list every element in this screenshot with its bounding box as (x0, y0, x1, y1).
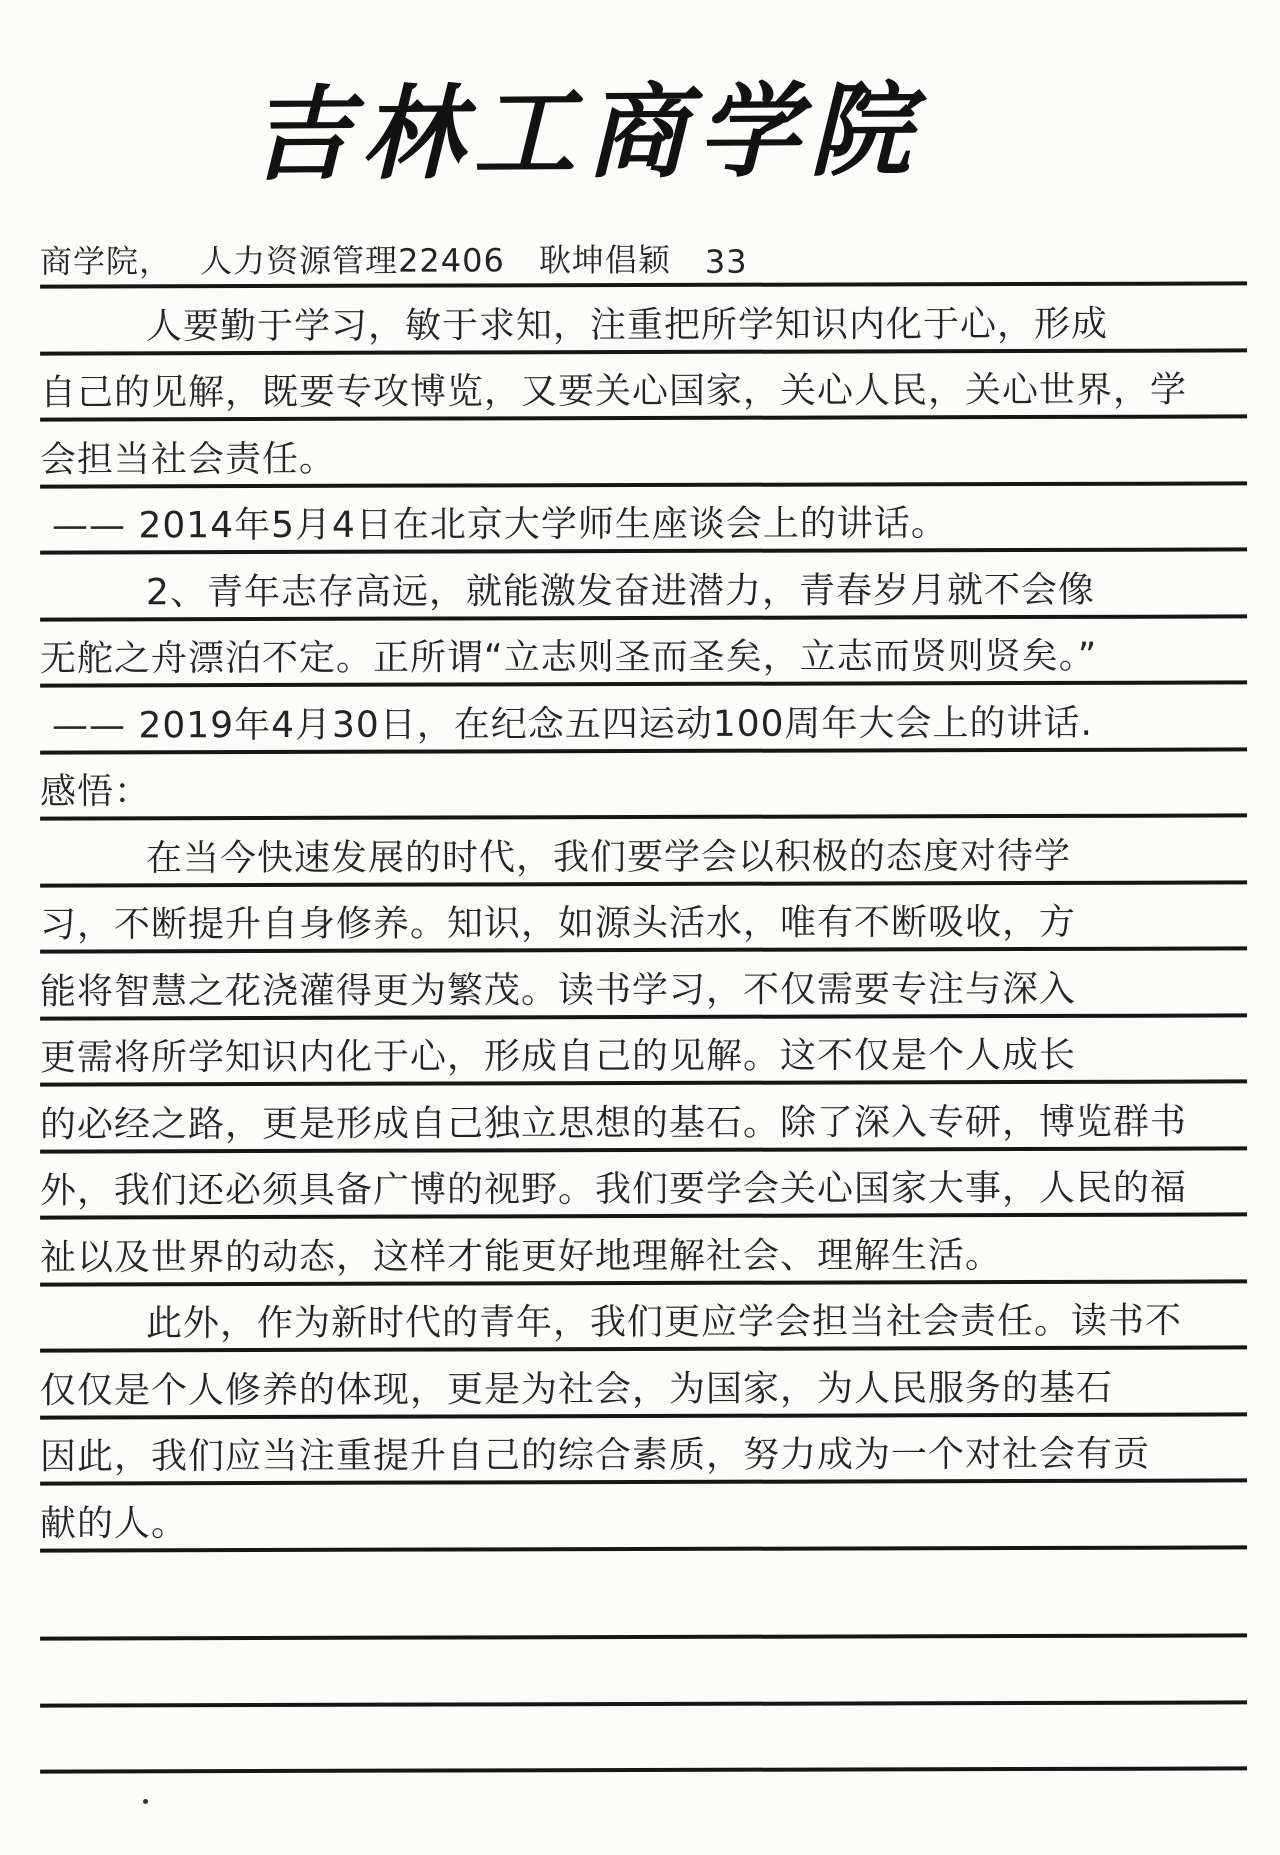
student-number: 33 (705, 242, 748, 280)
empty-ruled-line (40, 1703, 1247, 1773)
handwritten-line: 自己的见解，既要专攻博览，又要关心国家，关心人民，关心世界，学 (40, 351, 1247, 421)
notebook-page: 吉林工商学院 商学院， 人力资源管理22406 耿坤倡颖 33 人要勤于学习，敏… (0, 0, 1280, 1855)
handwritten-line: 因此，我们应当注重提升自己的综合素质，努力成为一个对社会有贡 (40, 1415, 1247, 1485)
handwritten-content: 商学院， 人力资源管理22406 耿坤倡颖 33 人要勤于学习，敏于求知，注重把… (40, 220, 1247, 1772)
handwritten-line: 的必经之路，更是形成自己独立思想的基石。除了深入专研，博览群书 (40, 1083, 1247, 1153)
handwritten-line: 习，不断提升自身修养。知识，如源头活水，唯有不断吸收，方 (40, 883, 1247, 953)
handwritten-line: —— 2014年5月4日在北京大学师生座谈会上的讲话。 (40, 484, 1247, 554)
handwritten-line: 会担当社会责任。 (40, 418, 1247, 488)
handwritten-line: 仅仅是个人修养的体现，更是为社会，为国家，为人民服务的基石 (40, 1349, 1247, 1419)
stray-ink-dot (143, 1799, 148, 1804)
college-name: 商学院， (40, 236, 172, 282)
handwritten-line: 献的人。 (40, 1482, 1247, 1552)
handwriting-lines: 人要勤于学习，敏于求知，注重把所学知识内化于心，形成自己的见解，既要专攻博览，又… (40, 287, 1247, 1551)
handwritten-line: 在当今快速发展的时代，我们要学会以积极的态度对待学 (40, 817, 1247, 887)
school-title-calligraphy: 吉林工商学院 (0, 0, 1226, 221)
handwritten-line: 更需将所学知识内化于心，形成自己的见解。这不仅是个人成长 (40, 1016, 1247, 1086)
handwritten-line: 能将智慧之花浇灌得更为繁茂。读书学习，不仅需要专注与深入 (40, 950, 1247, 1020)
handwritten-line: 人要勤于学习，敏于求知，注重把所学知识内化于心，形成 (40, 285, 1247, 355)
empty-ruled-lines (40, 1572, 1247, 1772)
empty-ruled-line (40, 1637, 1247, 1707)
handwritten-line: 感悟： (40, 750, 1247, 820)
major-class: 人力资源管理22406 (200, 235, 505, 282)
handwritten-line: 外，我们还必须具备广博的视野。我们要学会关心国家大事，人民的福 (40, 1149, 1247, 1219)
handwritten-line: 此外，作为新时代的青年，我们更应学会担当社会责任。读书不 (40, 1282, 1247, 1352)
empty-ruled-line (40, 1570, 1247, 1640)
student-info-line: 商学院， 人力资源管理22406 耿坤倡颖 33 (40, 218, 1247, 288)
student-name: 耿坤倡颖 (539, 234, 671, 280)
handwritten-line: —— 2019年4月30日，在纪念五四运动100周年大会上的讲话. (40, 684, 1247, 754)
handwritten-line: 2、青年志存高远，就能激发奋进潜力，青春岁月就不会像 (40, 551, 1247, 621)
handwritten-line: 祉以及世界的动态，这样才能更好地理解社会、理解生活。 (40, 1216, 1247, 1286)
handwritten-line: 无舵之舟漂泊不定。正所谓“立志则圣而圣矣，立志而贤则贤矣。” (40, 617, 1247, 687)
